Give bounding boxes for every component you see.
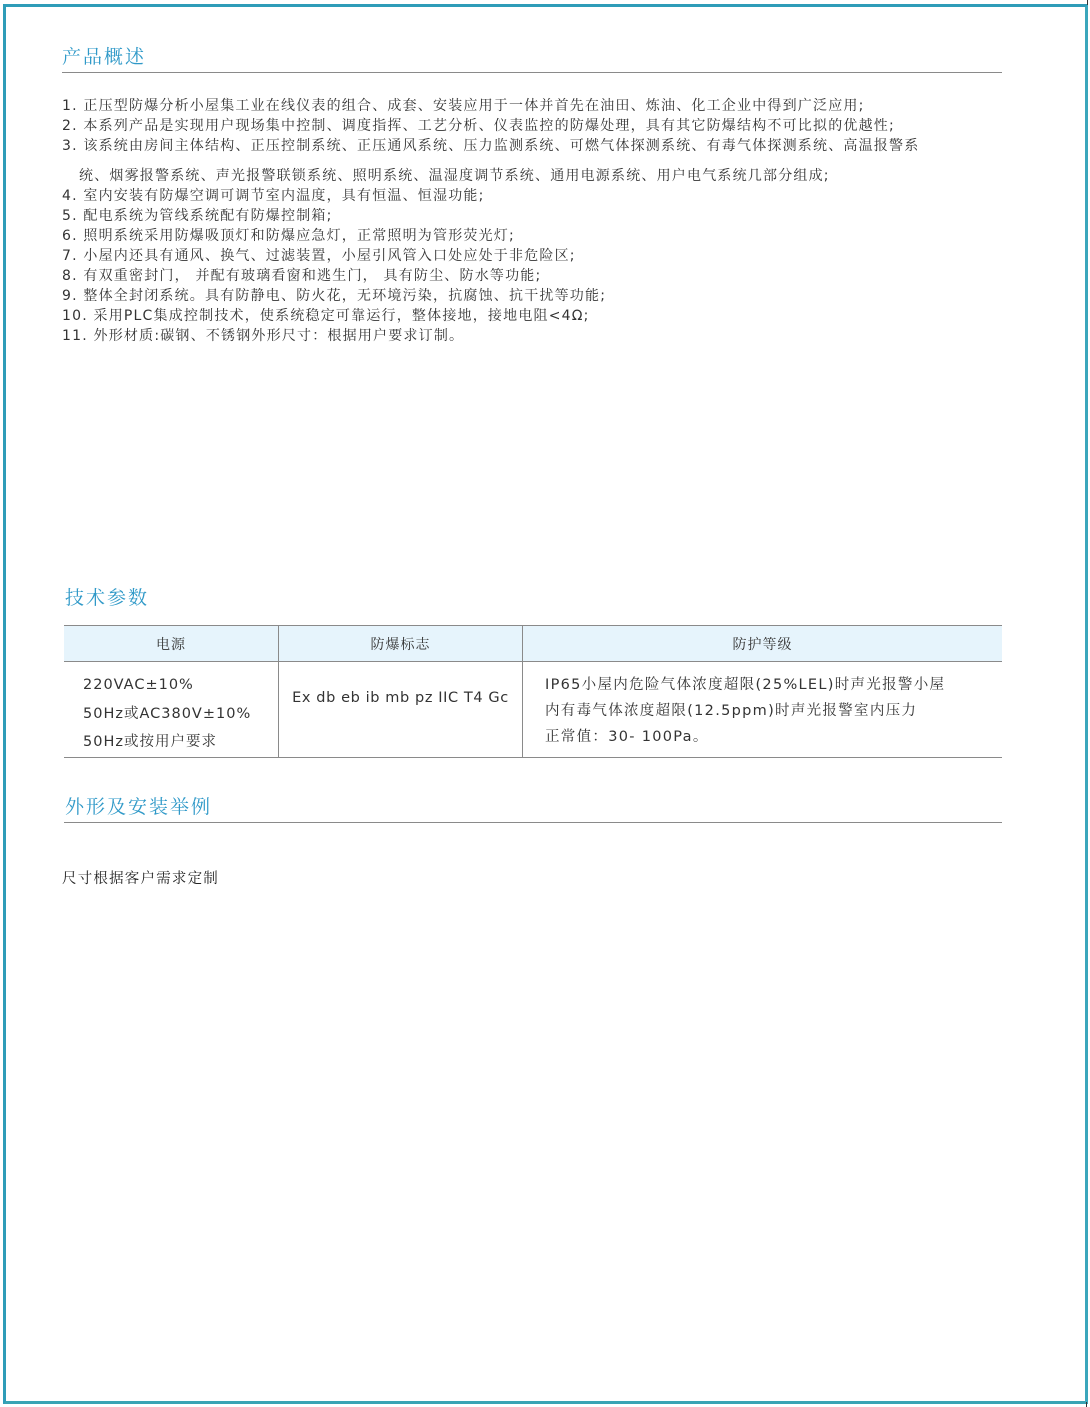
power-line-2: 50Hz或AC380V±10% <box>83 700 278 729</box>
overview-item-6: 6. 照明系统采用防爆吸顶灯和防爆应急灯，正常照明为管形荧光灯; <box>62 226 1022 246</box>
overview-item-7: 7. 小屋内还具有通风、换气、过滤装置，小屋引风管入口处应处于非危险区; <box>62 246 1022 266</box>
protection-line-1: IP65小屋内危险气体浓度超限(25%LEL)时声光报警小屋 <box>545 672 1002 698</box>
overview-item-3-line-1: 3. 该系统由房间主体结构、正压控制系统、正压通风系统、压力监测系统、可燃气体探… <box>62 138 919 154</box>
crop-mark-top <box>1087 0 1088 5</box>
overview-item-3: 3. 该系统由房间主体结构、正压控制系统、正压通风系统、压力监测系统、可燃气体探… <box>62 136 1022 186</box>
overview-item-9: 9. 整体全封闭系统。具有防静电、防火花，无环境污染，抗腐蚀、抗干扰等功能; <box>62 286 1022 306</box>
ex-marking-text: Ex db eb ib mb pz IIC T4 Gc <box>279 662 522 706</box>
spec-header-power: 电源 <box>64 626 279 662</box>
protection-line-2: 内有毒气体浓度超限(12.5ppm)时声光报警室内压力 <box>545 698 1002 724</box>
section-title-installation: 外形及安装举例 <box>65 792 212 819</box>
section-title-overview: 产品概述 <box>62 42 146 69</box>
section-rule-installation <box>64 822 1002 823</box>
overview-item-2: 2. 本系列产品是实现用户现场集中控制、调度指挥、工艺分析、仪表监控的防爆处理，… <box>62 116 1022 136</box>
overview-item-4: 4. 室内安装有防爆空调可调节室内温度，具有恒温、恒湿功能; <box>62 186 1022 206</box>
spec-cell-protection: IP65小屋内危险气体浓度超限(25%LEL)时声光报警小屋 内有毒气体浓度超限… <box>523 662 1003 758</box>
overview-item-8: 8. 有双重密封门， 并配有玻璃看窗和逃生门， 具有防尘、防水等功能; <box>62 266 1022 286</box>
spec-header-ex-marking: 防爆标志 <box>279 626 523 662</box>
installation-note: 尺寸根据客户需求定制 <box>62 867 219 888</box>
spec-cell-ex-marking: Ex db eb ib mb pz IIC T4 Gc <box>279 662 523 758</box>
overview-item-5: 5. 配电系统为管线系统配有防爆控制箱; <box>62 206 1022 226</box>
overview-list: 1. 正压型防爆分析小屋集工业在线仪表的组合、成套、安装应用于一体并首先在油田、… <box>62 96 1022 346</box>
spec-table: 电源 防爆标志 防护等级 220VAC±10% 50Hz或AC380V±10% … <box>64 625 1002 758</box>
section-title-specs: 技术参数 <box>65 583 149 610</box>
overview-item-10: 10. 采用PLC集成控制技术，使系统稳定可靠运行，整体接地，接地电阻<4Ω; <box>62 306 1022 326</box>
spec-header-protection: 防护等级 <box>523 626 1003 662</box>
spec-cell-power: 220VAC±10% 50Hz或AC380V±10% 50Hz或按用户要求 <box>64 662 279 758</box>
spec-table-header-row: 电源 防爆标志 防护等级 <box>64 626 1002 662</box>
protection-line-3: 正常值：30- 100Pa。 <box>545 724 1002 750</box>
section-rule-overview <box>62 72 1002 73</box>
overview-item-3-line-2: 统、烟雾报警系统、声光报警联锁系统、照明系统、温湿度调节系统、通用电源系统、用户… <box>62 166 1022 186</box>
power-line-3: 50Hz或按用户要求 <box>83 728 278 757</box>
power-line-1: 220VAC±10% <box>83 671 278 700</box>
overview-item-1: 1. 正压型防爆分析小屋集工业在线仪表的组合、成套、安装应用于一体并首先在油田、… <box>62 96 1022 116</box>
crop-mark-bottom <box>1086 1402 1087 1407</box>
spec-table-row: 220VAC±10% 50Hz或AC380V±10% 50Hz或按用户要求 Ex… <box>64 662 1002 758</box>
overview-item-11: 11. 外形材质:碳钢、不锈钢外形尺寸：根据用户要求订制。 <box>62 326 1022 346</box>
